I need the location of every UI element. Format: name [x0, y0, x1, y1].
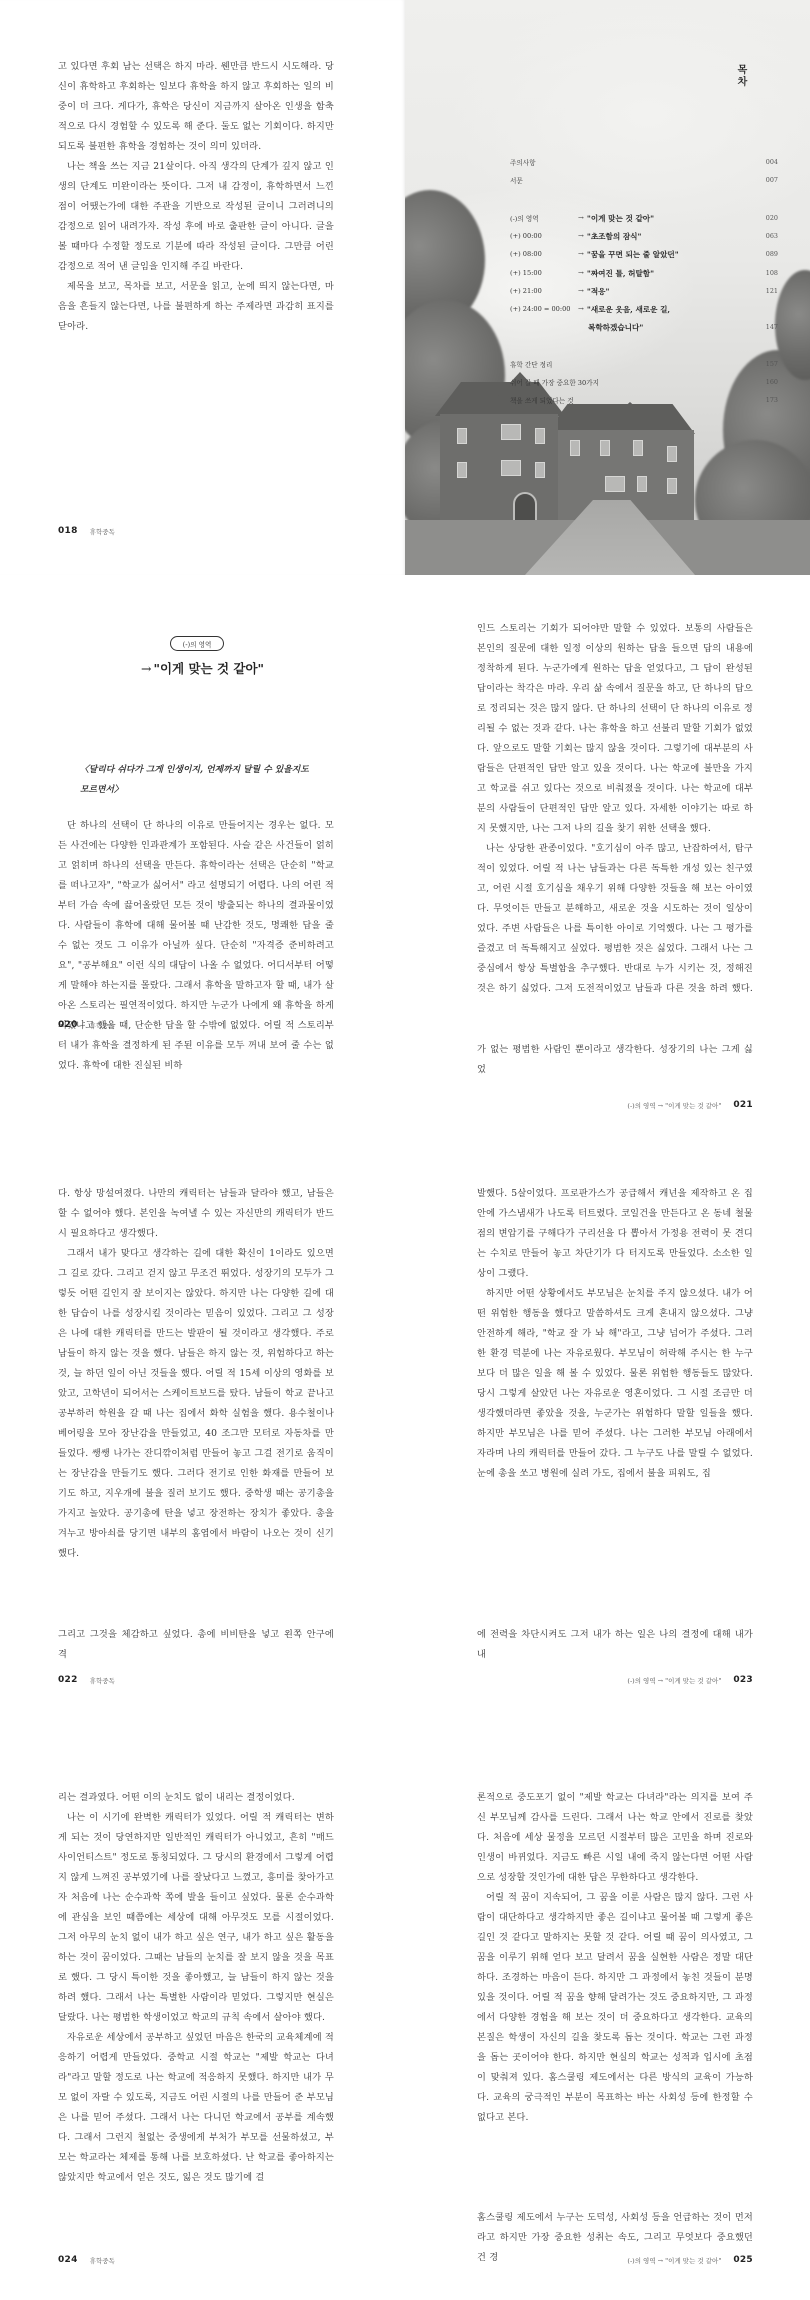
- toc-item-continuation[interactable]: 복학하겠습니다" 147: [510, 320, 778, 334]
- running-head: (-)의 영역 → "이게 맞는 것 같아": [627, 2256, 721, 2265]
- toc-item-label: (+) 21:00: [510, 287, 580, 295]
- toc-item-page: 157: [766, 360, 778, 368]
- page-022: 다. 항상 망설여졌다. 나만의 캐릭터는 남들과 달라야 했고, 남들은 할 …: [0, 1150, 405, 1725]
- page-021: 인드 스토리는 기회가 되어야만 말할 수 있었다. 보통의 사람들은 본인의 …: [405, 575, 810, 1150]
- paragraph: 나는 이 시기에 완벽한 캐릭터가 있었다. 어릴 적 캐릭터는 변하게 되는 …: [58, 1808, 334, 2028]
- page-footer: 020 휴학중독: [58, 1020, 115, 1030]
- spread-018-toc: 고 있다면 후회 남는 선택은 하지 마라. 웬만큼 반드시 시도해라. 당신이…: [0, 0, 810, 575]
- running-head: (-)의 영역 → "이게 맞는 것 같아": [627, 1101, 721, 1110]
- arrow-icon: →: [578, 214, 584, 222]
- toc-item-label: 주의사항: [510, 157, 535, 167]
- paragraph: 단 하나의 선택이 단 하나의 이유로 만들어지는 경우는 없다. 모든 사건에…: [58, 816, 334, 1076]
- page-footer: (-)의 영역 → "이게 맞는 것 같아" 025: [627, 2255, 753, 2265]
- toc-item[interactable]: (+) 15:00 → "짜여진 틀, 허탈함" 108: [510, 266, 778, 280]
- toc-item-label: 책을 쓰게 되었다는 것: [510, 395, 574, 405]
- toc-item-label: 휴학 간단 정리: [510, 359, 552, 369]
- arrow-icon: →: [578, 287, 584, 295]
- page-020: (-)의 영역 →"이게 맞는 것 같아" 〈달리다 쉬다가 그게 인생이지, …: [0, 575, 405, 1150]
- toc-item-page: 147: [766, 323, 778, 331]
- page-footer: 022 휴학중독: [58, 1675, 115, 1685]
- body-text-last-line: 에 전력을 차단시켜도 그저 내가 하는 일은 나의 결정에 대해 내가 내: [477, 1625, 753, 1665]
- page-025: 론적으로 중도포기 없이 "제발 학교는 다녀라"라는 의지를 보여 주신 부모…: [405, 1725, 810, 2300]
- chapter-title-text: "이게 맞는 것 같아": [153, 661, 264, 676]
- paragraph: 가 없는 평범한 사람인 뿐이라고 생각한다. 성장기의 나는 그게 싫었: [477, 1040, 753, 1080]
- toc-chapter-title: "적응": [587, 286, 610, 297]
- page-number: 021: [733, 1100, 753, 1110]
- toc-item[interactable]: 책을 쓰게 되었다는 것 173: [510, 393, 778, 407]
- body-text-last-line: 가 없는 평범한 사람인 뿐이라고 생각한다. 성장기의 나는 그게 싫었: [477, 1040, 753, 1080]
- running-head: (-)의 영역 → "이게 맞는 것 같아": [627, 1676, 721, 1685]
- toc-item[interactable]: 주의사항 004: [510, 155, 778, 169]
- toc-chapter-title: "초조함의 잠식": [587, 231, 642, 242]
- page-footer: (-)의 영역 → "이게 맞는 것 같아" 021: [627, 1100, 753, 1110]
- page-number: 023: [733, 1675, 753, 1685]
- epigraph: 〈달리다 쉬다가 그게 인생이지, 언제까지 달릴 수 있을지도 모르면서〉: [80, 760, 320, 800]
- toc-list: 주의사항 004 서문 007 (-)의 영역 → "이게 맞는 것 같아" 0…: [0, 0, 810, 575]
- toc-item-label: 쉬어 갈 때 가장 중요한 30가지: [510, 377, 599, 387]
- paragraph: 다. 항상 망설여졌다. 나만의 캐릭터는 남들과 달라야 했고, 남들은 할 …: [58, 1184, 334, 1244]
- paragraph: 하지만 어떤 상황에서도 부모님은 눈치를 주지 않으셨다. 내가 어떤 위험한…: [477, 1284, 753, 1484]
- toc-item-page: 108: [766, 269, 778, 277]
- toc-item[interactable]: 쉬어 갈 때 가장 중요한 30가지 160: [510, 375, 778, 389]
- toc-item-label: 서문: [510, 175, 523, 185]
- toc-item-page: 007: [766, 176, 778, 184]
- toc-item-page: 063: [766, 232, 778, 240]
- toc-item[interactable]: (+) 21:00 → "적응" 121: [510, 284, 778, 298]
- page-number: 025: [733, 2255, 753, 2265]
- paragraph: 론적으로 중도포기 없이 "제발 학교는 다녀라"라는 의지를 보여 주신 부모…: [477, 1788, 753, 1888]
- body-text: 발했다. 5살이었다. 프로판가스가 공급해서 캐넌을 제작하고 온 집안에 가…: [477, 1184, 753, 1604]
- body-text: 인드 스토리는 기회가 되어야만 말할 수 있었다. 보통의 사람들은 본인의 …: [477, 619, 753, 999]
- toc-item-page: 020: [766, 214, 778, 222]
- page-footer: 024 휴학중독: [58, 2255, 115, 2265]
- page-number: 022: [58, 1675, 78, 1685]
- page-023: 발했다. 5살이었다. 프로판가스가 공급해서 캐넌을 제작하고 온 집안에 가…: [405, 1150, 810, 1725]
- toc-item-page: 160: [766, 378, 778, 386]
- toc-chapter-title: "이게 맞는 것 같아": [587, 213, 654, 224]
- paragraph: 어릴 적 꿈이 지속되어, 그 꿈을 이룬 사람은 많지 않다. 그런 사람이 …: [477, 1888, 753, 2128]
- running-title: 휴학중독: [90, 2256, 115, 2265]
- arrow-icon: →: [578, 305, 584, 313]
- arrow-icon: →: [578, 250, 584, 258]
- chapter-tag: (-)의 영역: [170, 636, 224, 651]
- paragraph: 그래서 내가 맞다고 생각하는 길에 대한 확신이 1이라도 있으면 그 길로 …: [58, 1244, 334, 1564]
- toc-chapter-title: "새로운 웃음, 새로운 길,: [587, 304, 670, 315]
- body-text: 리는 결과였다. 어떤 이의 눈치도 없이 내리는 결정이었다. 나는 이 시기…: [58, 1788, 334, 2248]
- paragraph: 에 전력을 차단시켜도 그저 내가 하는 일은 나의 결정에 대해 내가 내: [477, 1625, 753, 1665]
- toc-item[interactable]: (+) 08:00 → "꿈을 꾸면 되는 줄 알았던" 089: [510, 247, 778, 261]
- toc-item-page: 004: [766, 158, 778, 166]
- paragraph: 자유로운 세상에서 공부하고 싶었던 마음은 한국의 교육체계에 적응하기 어렵…: [58, 2028, 334, 2188]
- body-text-last-line: 그리고 그것을 체감하고 싶었다. 총에 비비탄을 넣고 왼쪽 안구에 격: [58, 1625, 334, 1665]
- page-024: 리는 결과였다. 어떤 이의 눈치도 없이 내리는 결정이었다. 나는 이 시기…: [0, 1725, 405, 2300]
- toc-item[interactable]: (+) 00:00 → "초조함의 잠식" 063: [510, 229, 778, 243]
- toc-item[interactable]: 휴학 간단 정리 157: [510, 357, 778, 371]
- spread-024-025: 리는 결과였다. 어떤 이의 눈치도 없이 내리는 결정이었다. 나는 이 시기…: [0, 1725, 810, 2300]
- arrow-icon: →: [578, 232, 584, 240]
- toc-item-label: (+) 08:00: [510, 250, 580, 258]
- running-title: 휴학중독: [90, 1676, 115, 1685]
- page-footer: (-)의 영역 → "이게 맞는 것 같아" 023: [627, 1675, 753, 1685]
- toc-chapter-title: "꿈을 꾸면 되는 줄 알았던": [587, 249, 679, 260]
- toc-chapter-title-line2: 복학하겠습니다": [588, 322, 643, 333]
- paragraph: 리는 결과였다. 어떤 이의 눈치도 없이 내리는 결정이었다.: [58, 1788, 334, 1808]
- toc-item[interactable]: (+) 24:00 = 00:00 → "새로운 웃음, 새로운 길,: [510, 302, 778, 316]
- spread-022-023: 다. 항상 망설여졌다. 나만의 캐릭터는 남들과 달라야 했고, 남들은 할 …: [0, 1150, 810, 1725]
- toc-item[interactable]: (-)의 영역 → "이게 맞는 것 같아" 020: [510, 211, 778, 225]
- paragraph: 나는 상당한 관종이었다. "호기심이 아주 많고, 난잡하여서, 탐구적이 있…: [477, 839, 753, 999]
- toc-item-page: 121: [766, 287, 778, 295]
- toc-item-label: (-)의 영역: [510, 213, 580, 223]
- arrow-icon: →: [141, 661, 151, 676]
- page-number: 024: [58, 2255, 78, 2265]
- toc-item-label: (+) 00:00: [510, 232, 580, 240]
- toc-item-page: 089: [766, 250, 778, 258]
- body-text: 다. 항상 망설여졌다. 나만의 캐릭터는 남들과 달라야 했고, 남들은 할 …: [58, 1184, 334, 1584]
- body-text: 단 하나의 선택이 단 하나의 이유로 만들어지는 경우는 없다. 모든 사건에…: [58, 816, 334, 1076]
- paragraph: 발했다. 5살이었다. 프로판가스가 공급해서 캐넌을 제작하고 온 집안에 가…: [477, 1184, 753, 1284]
- running-title: 휴학중독: [90, 1021, 115, 1030]
- toc-item-label: (+) 15:00: [510, 269, 580, 277]
- toc-item[interactable]: 서문 007: [510, 173, 778, 187]
- paragraph: 그리고 그것을 체감하고 싶었다. 총에 비비탄을 넣고 왼쪽 안구에 격: [58, 1625, 334, 1665]
- spread-020-021: (-)의 영역 →"이게 맞는 것 같아" 〈달리다 쉬다가 그게 인생이지, …: [0, 575, 810, 1150]
- page-number: 020: [58, 1020, 78, 1030]
- chapter-title: →"이게 맞는 것 같아": [0, 659, 405, 677]
- paragraph: 인드 스토리는 기회가 되어야만 말할 수 있었다. 보통의 사람들은 본인의 …: [477, 619, 753, 839]
- arrow-icon: →: [578, 269, 584, 277]
- body-text: 론적으로 중도포기 없이 "제발 학교는 다녀라"라는 의지를 보여 주신 부모…: [477, 1788, 753, 2208]
- toc-item-label: (+) 24:00 = 00:00: [510, 305, 580, 313]
- toc-chapter-title: "짜여진 틀, 허탈함": [587, 268, 654, 279]
- toc-item-page: 173: [766, 396, 778, 404]
